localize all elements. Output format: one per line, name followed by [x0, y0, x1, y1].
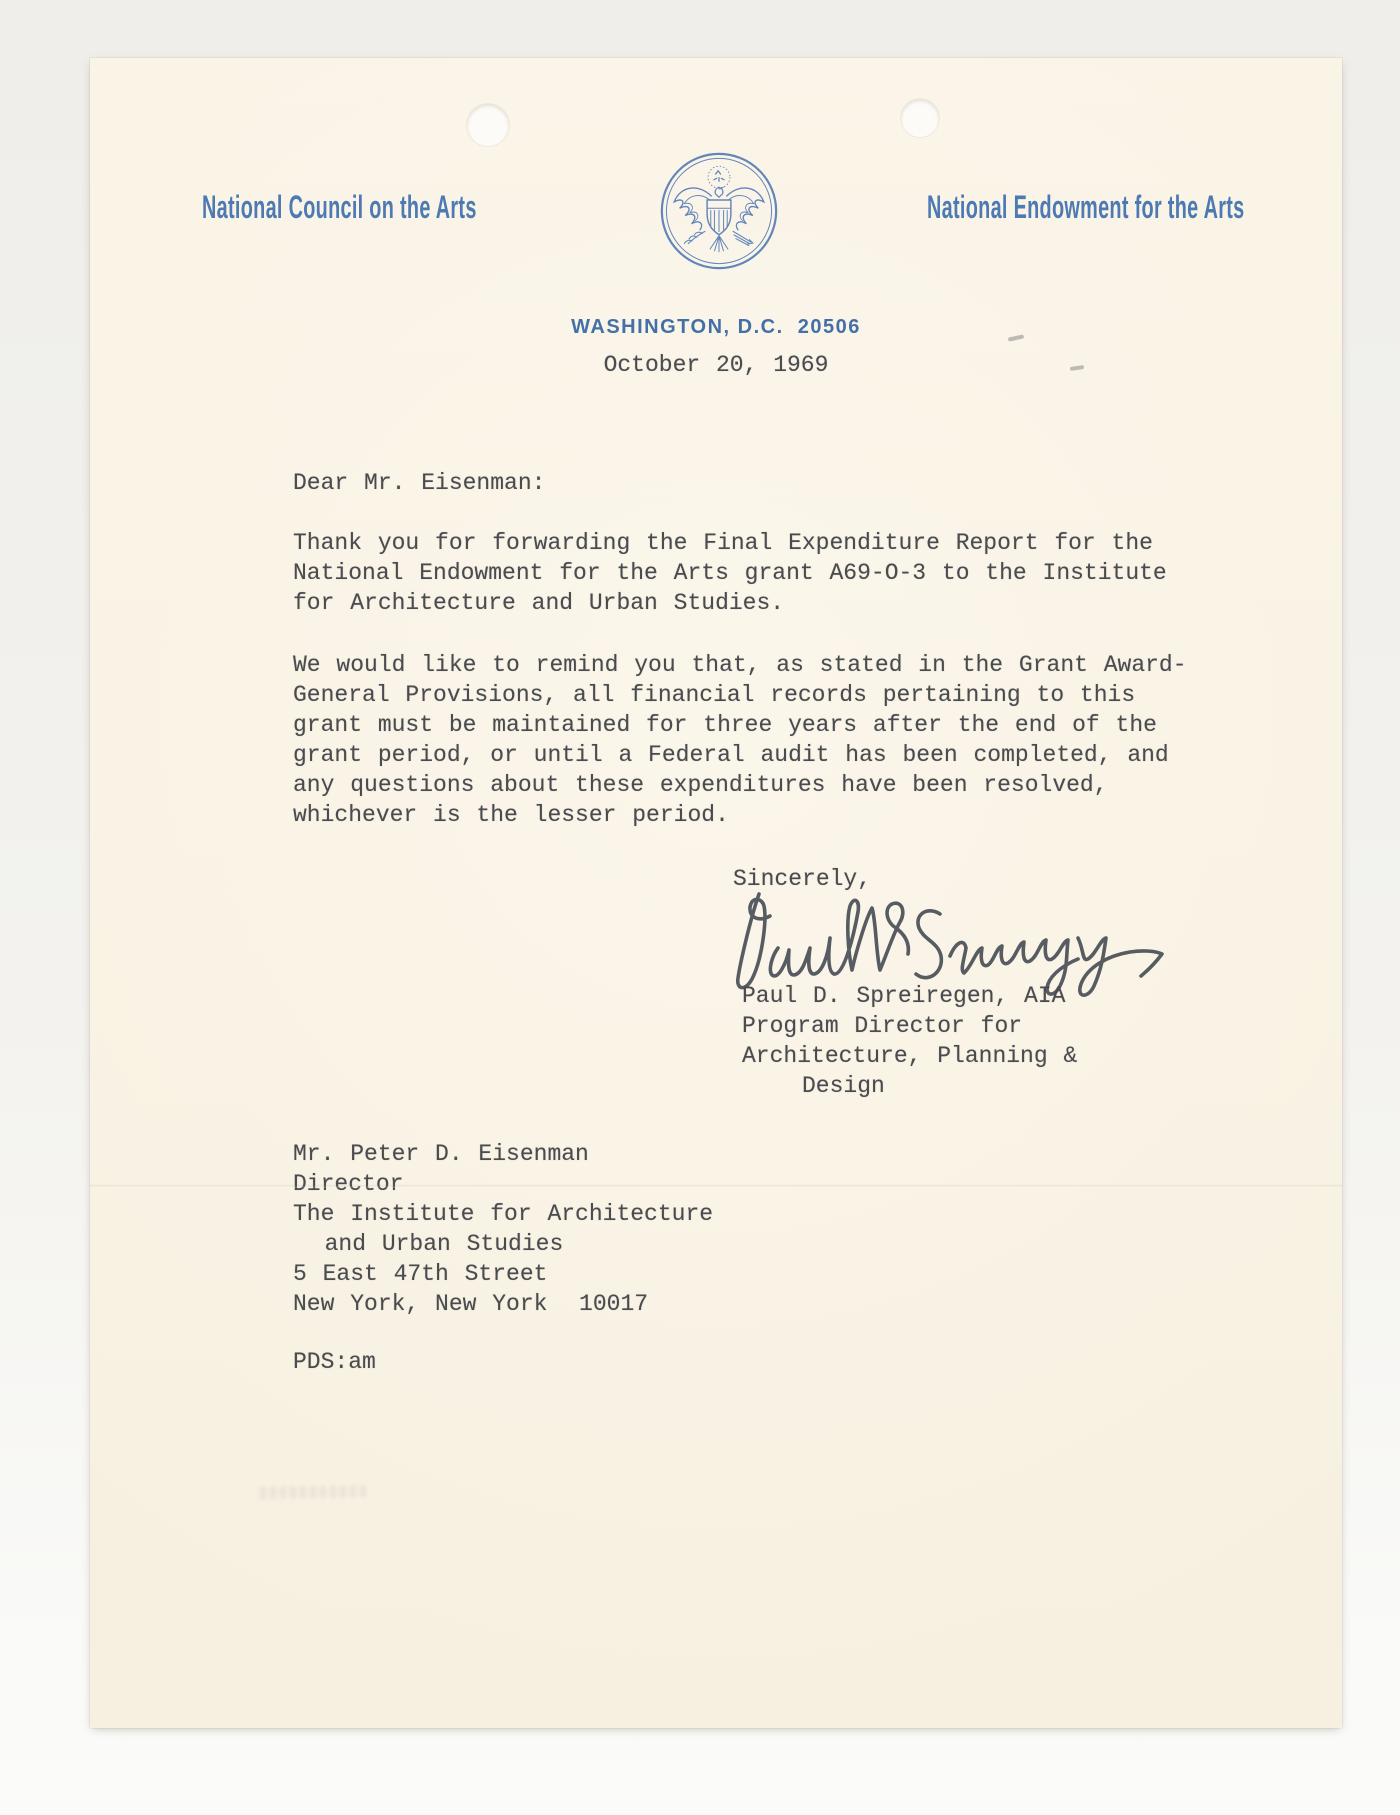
- body-paragraph-2: We would like to remind you that, as sta…: [293, 650, 1187, 830]
- city-zip-line: WASHINGTON, D.C. 20506: [90, 316, 1342, 339]
- great-seal-icon: [655, 147, 783, 275]
- reference-initials: PDS:am: [293, 1347, 376, 1377]
- recipient-address-block: Mr. Peter D. Eisenman Director The Insti…: [293, 1139, 713, 1319]
- signer-name: Paul D. Spreiregen, AIA: [742, 981, 1065, 1011]
- letterhead-org-right: National Endowment for the Arts: [927, 191, 1245, 223]
- faint-showthrough-mark: [260, 1485, 370, 1499]
- signer-title-line-2: Architecture, Planning &: [742, 1041, 1077, 1071]
- signer-title-line-1: Program Director for: [742, 1011, 1022, 1041]
- body-paragraph-1: Thank you for forwarding the Final Expen…: [293, 528, 1167, 618]
- punch-hole-right: [901, 99, 939, 137]
- punch-hole-left: [467, 104, 509, 146]
- scanned-letter-background: { "letterhead": { "left_org": "National …: [0, 0, 1400, 1815]
- letter-date: October 20, 1969: [90, 350, 1342, 380]
- letter-page: National Council on the Arts National En…: [90, 58, 1342, 1728]
- fold-crease: [90, 1184, 1342, 1188]
- signer-title-line-3: Design: [802, 1071, 885, 1101]
- letterhead-org-left: National Council on the Arts: [202, 191, 477, 223]
- salutation: Dear Mr. Eisenman:: [293, 468, 545, 498]
